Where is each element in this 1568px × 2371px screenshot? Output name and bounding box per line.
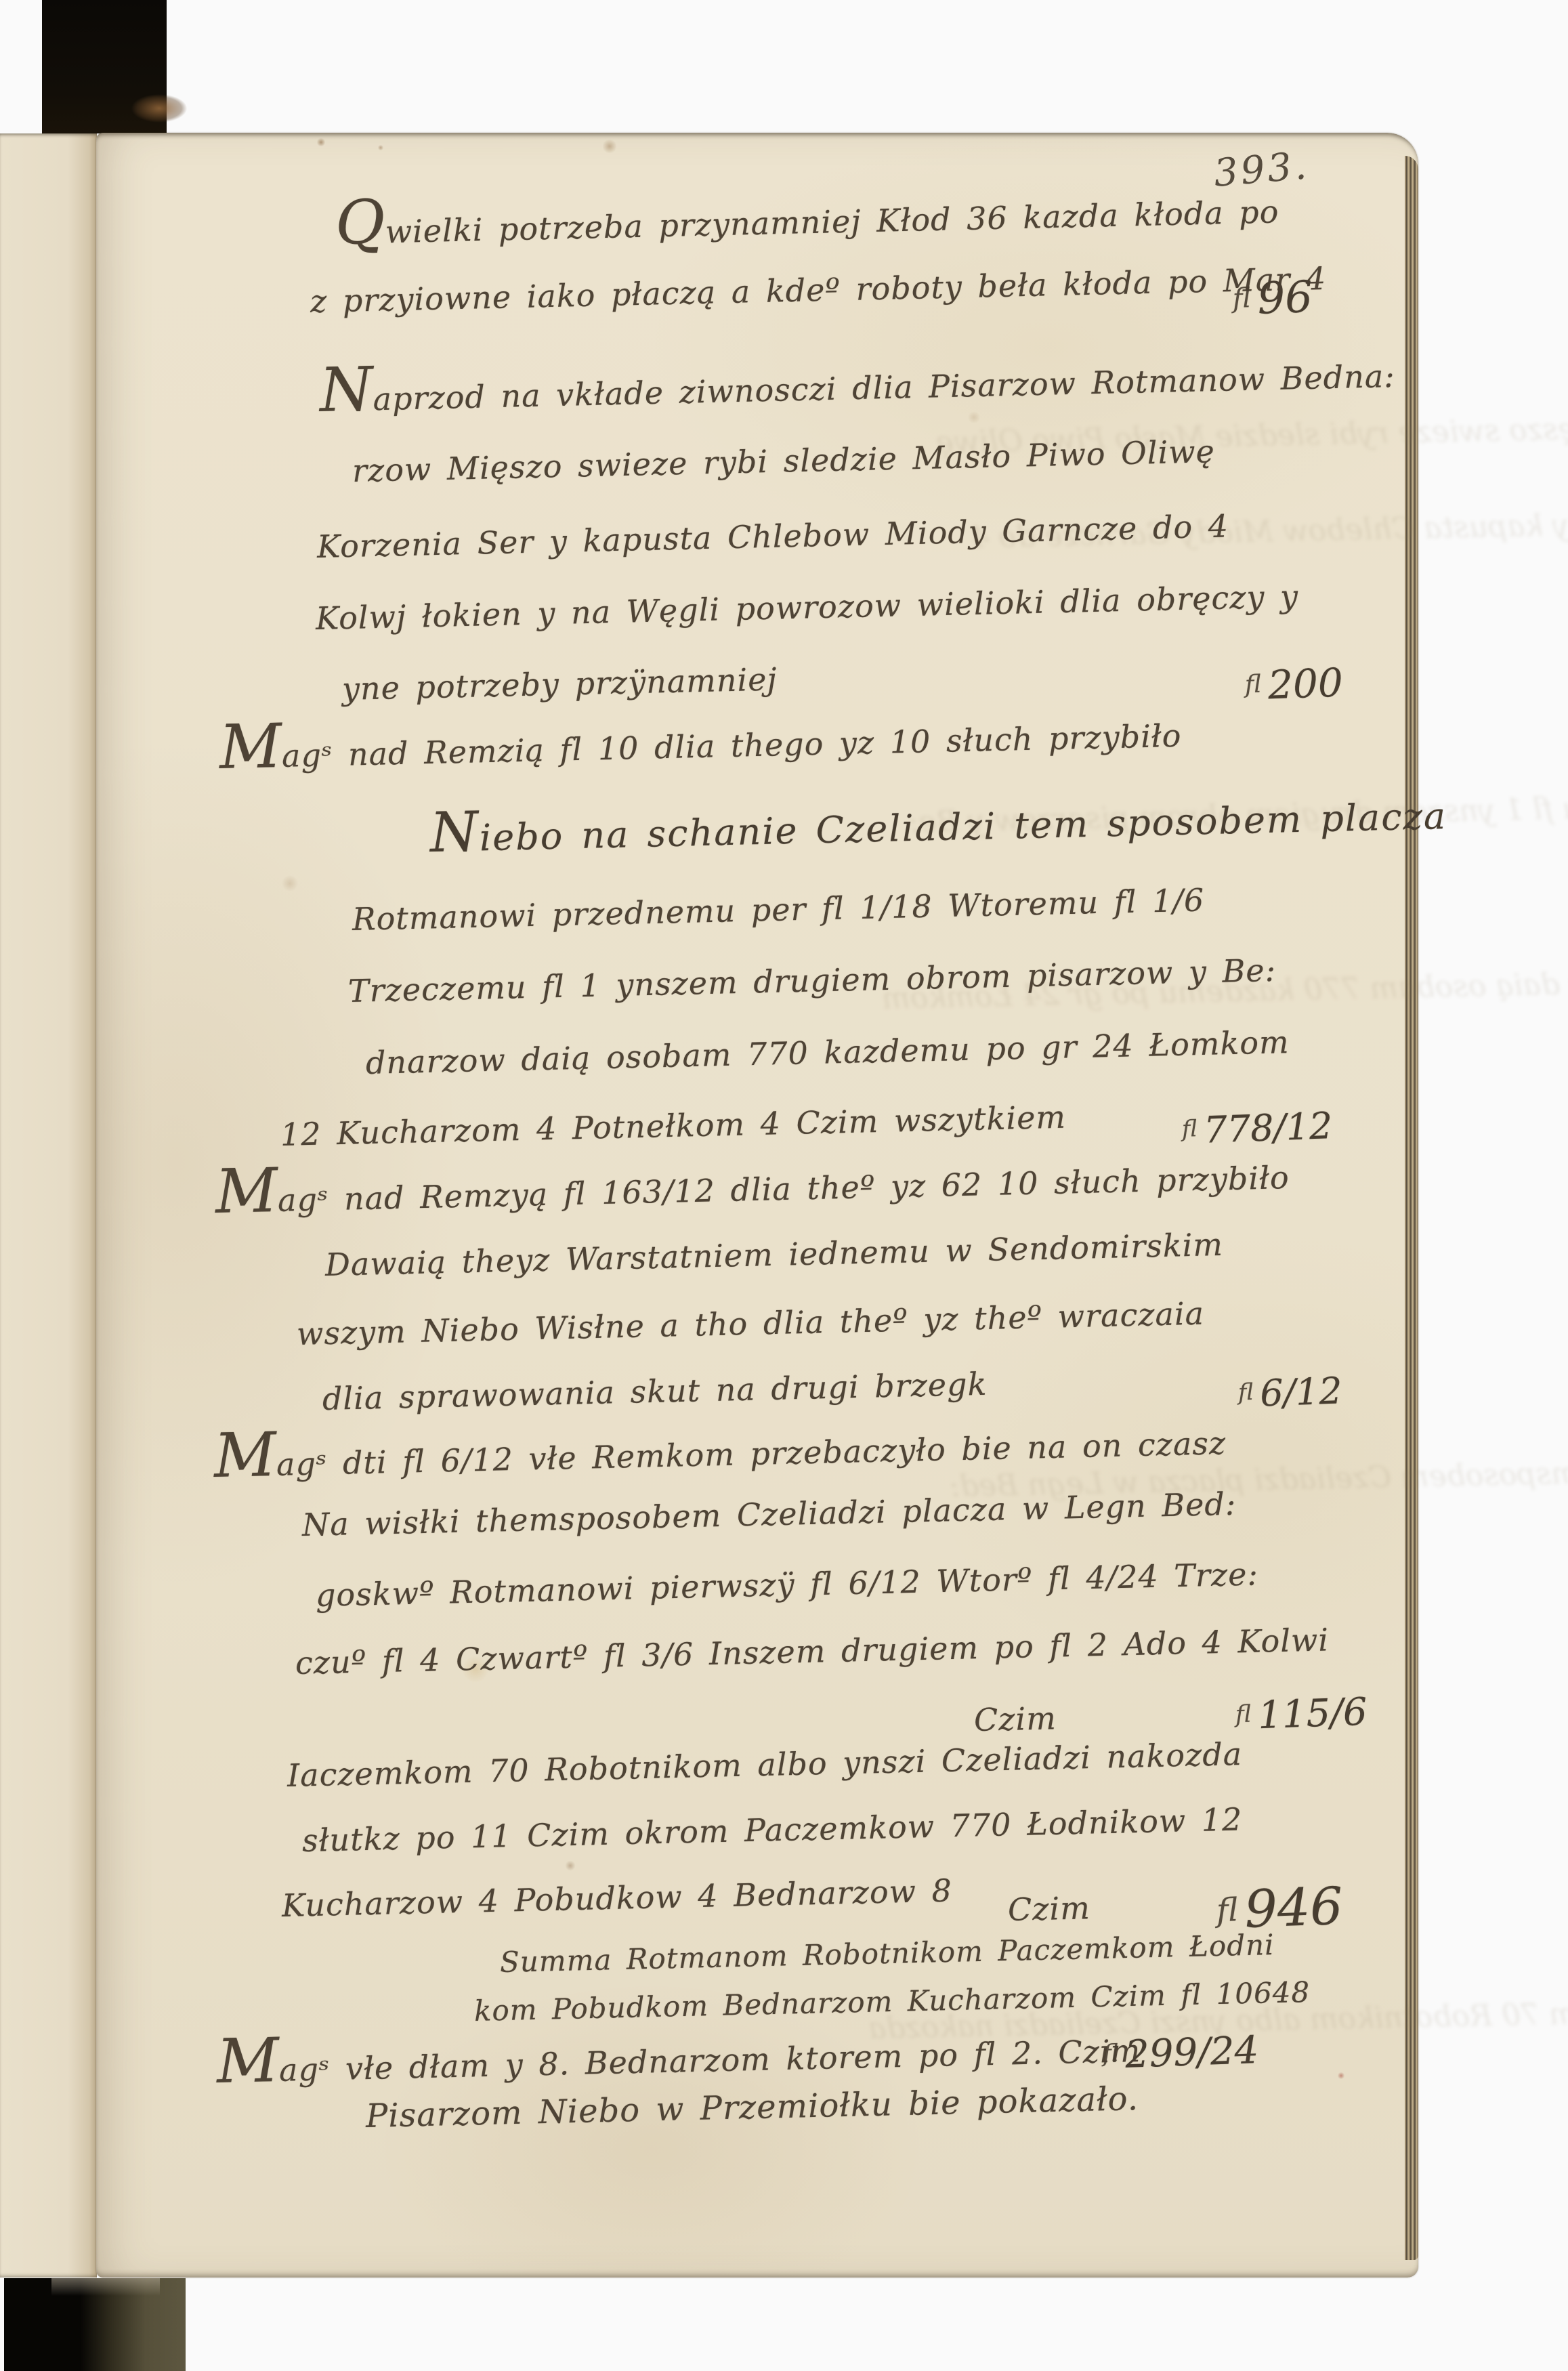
manuscript-line: Magˢ vłe dłam y 8. Bednarzom ktorem po f… xyxy=(216,2019,1141,2090)
florin-mark: fl xyxy=(1235,1701,1252,1729)
manuscript-line: Summa Rotmanom Robotnikom Paczemkom Łodn… xyxy=(499,1928,1275,1979)
manuscript-line: dnarzow daią osobam 770 kazdemu po gr 24… xyxy=(365,1024,1290,1081)
manuscript-line: czuº fl 4 Czwartº fl 3/6 Inszem drugiem … xyxy=(295,1621,1329,1681)
manuscript-line: Korzenia Ser y kapusta Chlebow Miody Gar… xyxy=(316,507,1229,565)
manuscript-line: wszym Niebo Wisłne a tho dlia theº yz th… xyxy=(296,1295,1204,1352)
manuscript-line: słutkz po 11 Czim okrom Paczemkow 770 Ło… xyxy=(301,1801,1243,1859)
florin-mark: fl xyxy=(1102,2040,1119,2068)
manuscript-line: Kolwj łokien y na Węgli powrozow wieliok… xyxy=(315,578,1298,637)
manuscript-line: Magˢ nad Remzyą fl 163/12 dlia theº yz 6… xyxy=(215,1146,1290,1220)
manuscript-line: Trzeczemu fl 1 ynszem drugiem obrom pisa… xyxy=(347,952,1276,1009)
amount-annotation: fl778/12 xyxy=(1181,1104,1333,1152)
amount-value: 96 xyxy=(1256,272,1313,324)
amount-value: 6/12 xyxy=(1259,1369,1342,1414)
florin-mark: fl xyxy=(1232,282,1251,314)
manuscript-line: Magˢ dti fl 6/12 vłe Remkom przebaczyło … xyxy=(213,1412,1227,1484)
amount-annotation: fl96 xyxy=(1232,272,1313,325)
manuscript-line: Czim xyxy=(1007,1889,1090,1928)
text-layer: Qwielki potrzeba przynamniej Kłod 36 kaz… xyxy=(0,0,1568,2371)
manuscript-line: Czim xyxy=(973,1700,1057,1738)
amount-value: 299/24 xyxy=(1124,2028,1259,2077)
manuscript-line: goskwº Rotmanowi pierwszÿ fl 6/12 Wtorº … xyxy=(315,1555,1258,1614)
florin-mark: fl xyxy=(1181,1115,1198,1142)
manuscript-line: yne potrzeby przÿnamniej xyxy=(341,660,778,707)
florin-mark: fl xyxy=(1237,1379,1254,1406)
manuscript-line: Kucharzow 4 Pobudkow 4 Bednarzow 8 xyxy=(281,1872,952,1924)
amount-annotation: fl299/24 xyxy=(1102,2028,1259,2078)
amount-annotation: fl115/6 xyxy=(1235,1690,1368,1739)
florin-mark: fl xyxy=(1244,671,1261,699)
manuscript-line: Pisarzom Niebo w Przemiołku bie pokazało… xyxy=(365,2080,1139,2135)
manuscript-line: Iaczemkom 70 Robotnikom albo ynszi Czeli… xyxy=(287,1736,1242,1794)
manuscript-line: dlia sprawowania skut na drugi brzegk xyxy=(322,1366,988,1417)
manuscript-line: Niebo na schanie Czeliadzi tem sposobem … xyxy=(429,789,1447,860)
florin-mark: fl xyxy=(1216,1891,1238,1929)
amount-value: 200 xyxy=(1267,659,1344,708)
manuscript-line: kom Pobudkom Bednarzom Kucharzom Czim fl… xyxy=(473,1975,1310,2028)
manuscript-line: Qwielki potrzeba przynamniej Kłod 36 kaz… xyxy=(335,180,1279,251)
manuscript-line: Naprzod na vkłade ziwnosczi dlia Pisarzo… xyxy=(319,345,1395,419)
manuscript-line: Magˢ nad Remzią fl 10 dlia thego yz 10 s… xyxy=(219,705,1182,776)
amount-value: 778/12 xyxy=(1203,1104,1333,1152)
amount-annotation: fl200 xyxy=(1244,659,1344,709)
manuscript-line: rzow Mięszo swieze rybi sledzie Masło Pi… xyxy=(352,433,1215,489)
manuscript-line: z przyiowne iako płaczą a kdeº roboty be… xyxy=(310,260,1326,320)
manuscript-line: Dawaią theyz Warstatniem iednemu w Sendo… xyxy=(324,1226,1223,1283)
manuscript-line: Na wisłki themsposobem Czeliadzi placza … xyxy=(301,1486,1236,1543)
amount-value: 115/6 xyxy=(1257,1690,1368,1738)
manuscript-line: 12 Kucharzom 4 Potnełkom 4 Czim wszytkie… xyxy=(280,1099,1066,1153)
manuscript-line: Rotmanowi przednemu per fl 1/18 Wtoremu … xyxy=(352,881,1204,938)
amount-annotation: fl6/12 xyxy=(1237,1369,1343,1415)
